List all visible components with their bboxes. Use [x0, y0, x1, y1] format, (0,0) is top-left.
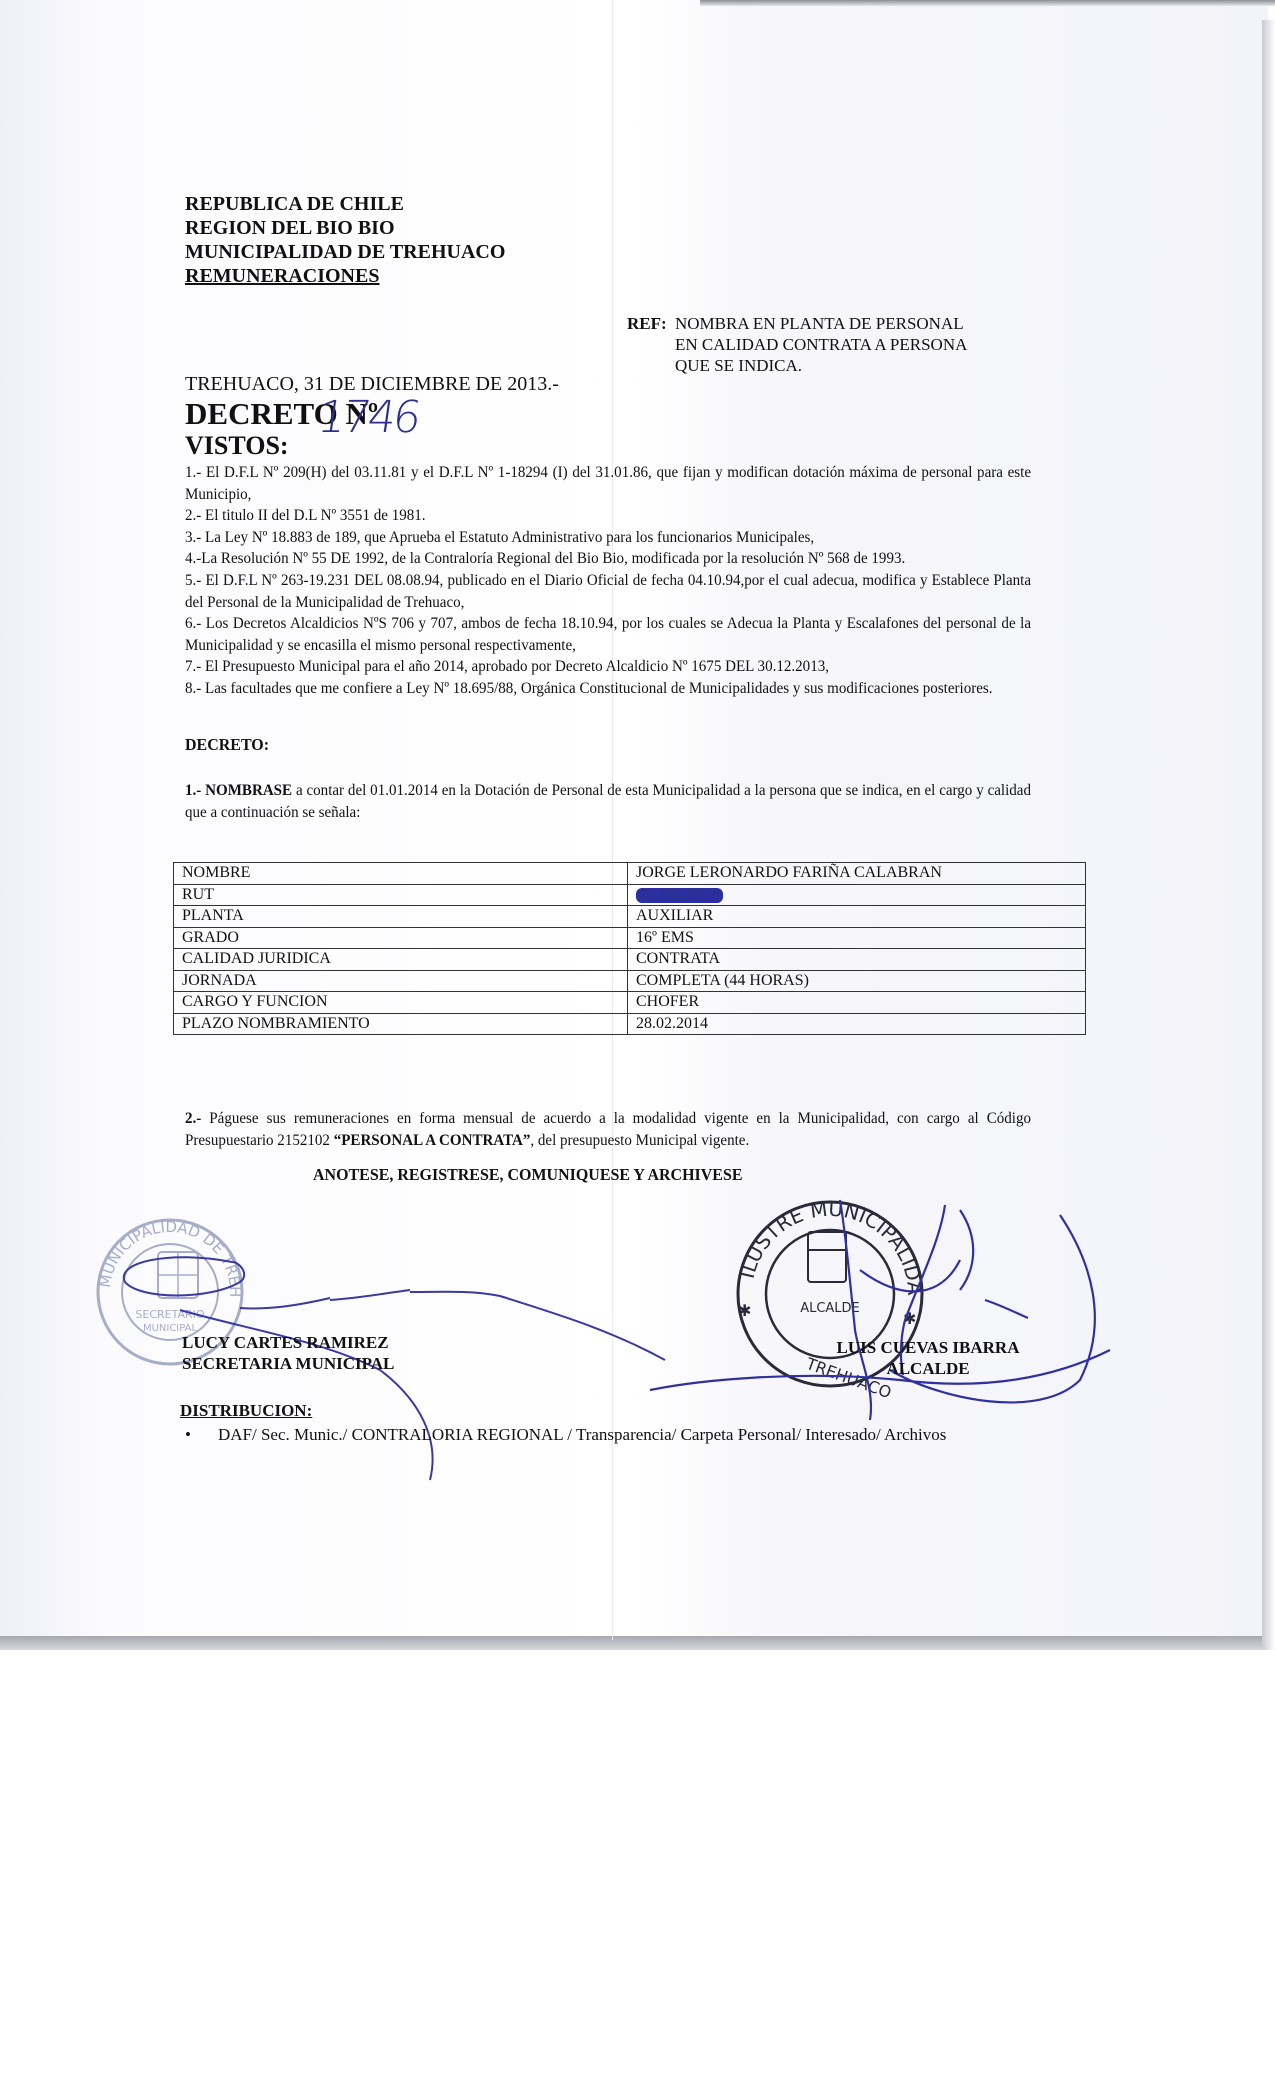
distribution-heading: DISTRIBUCION:	[180, 1401, 312, 1421]
right-stamp-icon: ALCALDE ILUSTRE MUNICIPALIDAD TREHUACO ✱…	[0, 0, 927, 1402]
svg-text:ILUSTRE MUNICIPALIDAD: ILUSTRE MUNICIPALIDAD	[0, 0, 927, 1296]
left-signer-block: LUCY CARTES RAMIREZ SECRETARIA MUNICIPAL	[182, 1332, 394, 1374]
left-stamp-icon: SECRETARIO MUNICIPAL MUNICIPALIDAD DE TR…	[0, 0, 244, 1364]
left-signer-title: SECRETARIA MUNICIPAL	[182, 1353, 394, 1374]
left-signer-name: LUCY CARTES RAMIREZ	[182, 1332, 394, 1353]
svg-text:✱: ✱	[738, 1303, 751, 1320]
right-signer-name: LUIS CUEVAS IBARRA	[823, 1337, 1033, 1358]
distribution-recipients: DAF/ Sec. Munic./ CONTRALORIA REGIONAL /…	[218, 1424, 1058, 1446]
svg-text:ALCALDE: ALCALDE	[800, 1301, 860, 1316]
right-signer-title: ALCALDE	[823, 1358, 1033, 1379]
right-signer-block: LUIS CUEVAS IBARRA ALCALDE	[823, 1337, 1033, 1379]
bullet-icon: •	[185, 1424, 191, 1446]
svg-text:MUNICIPALIDAD DE TREHUACO: MUNICIPALIDAD DE TREHUACO	[0, 0, 244, 1297]
